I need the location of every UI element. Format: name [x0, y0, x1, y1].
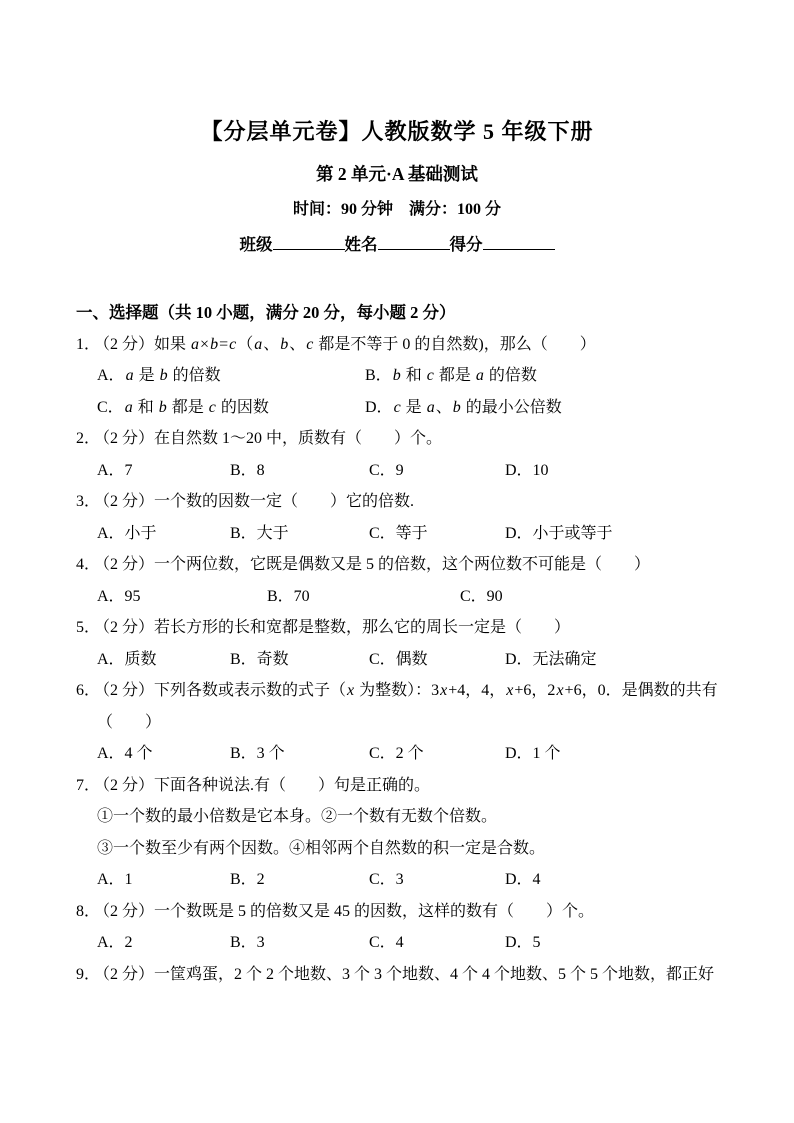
question-7-stem-cont: ③一个数至少有两个因数。④相邻两个自然数的积一定是合数。	[76, 833, 778, 865]
answer-option: A．a 是 b 的倍数	[97, 360, 365, 392]
questions-section: 一、选择题（共 10 小题，满分 20 分，每小题 2 分） 1．（2 分）如果…	[76, 297, 778, 990]
answer-option: B．3 个	[230, 738, 369, 770]
answer-option: B．8	[230, 455, 369, 487]
answer-option: A．2	[97, 927, 230, 959]
section-heading: 一、选择题（共 10 小题，满分 20 分，每小题 2 分）	[76, 297, 778, 329]
question-number: 5．	[76, 619, 102, 636]
answer-option: D．1 个	[505, 738, 561, 770]
question-list: 1．（2 分）如果 a×b=c（a、b、c 都是不等于 0 的自然数)，那么（ …	[76, 329, 778, 991]
answer-option: A．质数	[97, 644, 230, 676]
page-title: 【分层单元卷】人教版数学 5 年级下册	[0, 0, 794, 145]
math-variable: b	[279, 336, 289, 353]
answer-option: B．70	[267, 581, 460, 613]
answer-option: B．b 和 c 都是 a 的倍数	[365, 360, 537, 392]
question-number: 4．	[76, 556, 102, 573]
math-variable: c	[228, 336, 237, 353]
question-7-options-row-1: A．1B．2C．3D．4	[76, 864, 778, 896]
question-6-stem-cont: （ ）	[76, 707, 778, 739]
question-1-options-row-1: A．a 是 b 的倍数B．b 和 c 都是 a 的倍数	[76, 360, 778, 392]
question-number: 2．	[76, 430, 102, 447]
math-variable: b	[209, 336, 219, 353]
answer-option: C．9	[369, 455, 505, 487]
question-5-options-row-1: A．质数B．奇数C．偶数D．无法确定	[76, 644, 778, 676]
question-1-options-row-2: C．a 和 b 都是 c 的因数D．c 是 a、b 的最小公倍数	[76, 392, 778, 424]
exam-info: 时间：90 分钟 满分：100 分	[0, 199, 794, 220]
answer-option: A．7	[97, 455, 230, 487]
math-variable: c	[426, 367, 435, 384]
question-number: 3．	[76, 493, 102, 510]
answer-option: D．10	[505, 455, 549, 487]
question-4-options-row-1: A．95B．70C．90	[76, 581, 778, 613]
question-2-stem: 2．（2 分）在自然数 1～20 中，质数有（ ）个。	[76, 423, 778, 455]
document-page: 【分层单元卷】人教版数学 5 年级下册 第 2 单元·A 基础测试 时间：90 …	[0, 0, 794, 1123]
student-info-line: 班级姓名得分	[0, 233, 794, 256]
question-9-stem: 9．（2 分）一筐鸡蛋，2 个 2 个地数、3 个 3 个地数、4 个 4 个地…	[76, 959, 778, 991]
math-variable: a	[124, 399, 134, 416]
answer-option: B．大于	[230, 518, 369, 550]
math-variable: c	[208, 399, 217, 416]
math-variable: x	[439, 682, 448, 699]
question-3-options-row-1: A．小于B．大于C．等于D．小于或等于	[76, 518, 778, 550]
class-label: 班级	[240, 235, 273, 254]
answer-option: C．90	[460, 581, 503, 613]
question-8-stem: 8．（2 分）一个数既是 5 的倍数又是 45 的因数，这样的数有（ ）个。	[76, 896, 778, 928]
answer-option: C．4	[369, 927, 505, 959]
math-variable: x	[555, 682, 564, 699]
answer-option: D．4	[505, 864, 541, 896]
class-blank	[273, 233, 345, 250]
answer-option: B．2	[230, 864, 369, 896]
answer-option: D．c 是 a、b 的最小公倍数	[365, 392, 562, 424]
score-label: 得分	[450, 235, 483, 254]
math-variable: b	[159, 367, 169, 384]
answer-option: A．小于	[97, 518, 230, 550]
question-7-stem-cont: ①一个数的最小倍数是它本身。②一个数有无数个倍数。	[76, 801, 778, 833]
math-variable: a	[190, 336, 200, 353]
answer-option: A．95	[97, 581, 267, 613]
answer-option: A．1	[97, 864, 230, 896]
name-label: 姓名	[345, 235, 378, 254]
question-5-stem: 5．（2 分）若长方形的长和宽都是整数，那么它的周长一定是（ ）	[76, 612, 778, 644]
answer-option: C．2 个	[369, 738, 505, 770]
question-number: 9．	[76, 966, 102, 983]
answer-option: D．无法确定	[505, 644, 597, 676]
math-variable: a	[426, 399, 436, 416]
document-header: 【分层单元卷】人教版数学 5 年级下册 第 2 单元·A 基础测试 时间：90 …	[0, 0, 794, 256]
question-number: 7．	[76, 777, 102, 794]
question-6-options-row-1: A．4 个B．3 个C．2 个D．1 个	[76, 738, 778, 770]
math-variable: x	[346, 682, 355, 699]
question-number: 6．	[76, 682, 102, 699]
answer-option: D．5	[505, 927, 541, 959]
score-blank	[483, 233, 555, 250]
question-number: 1．	[76, 336, 102, 353]
answer-option: D．小于或等于	[505, 518, 613, 550]
math-variable: c	[393, 399, 402, 416]
question-3-stem: 3．（2 分）一个数的因数一定（ ）它的倍数.	[76, 486, 778, 518]
math-variable: b	[392, 367, 402, 384]
math-variable: a	[475, 367, 485, 384]
answer-option: C．等于	[369, 518, 505, 550]
page-subtitle: 第 2 单元·A 基础测试	[0, 164, 794, 184]
question-7-stem: 7．（2 分）下面各种说法.有（ ）句是正确的。	[76, 770, 778, 802]
math-variable: b	[158, 399, 168, 416]
name-blank	[378, 233, 450, 250]
answer-option: C．3	[369, 864, 505, 896]
math-variable: a	[125, 367, 135, 384]
question-4-stem: 4．（2 分）一个两位数，它既是偶数又是 5 的倍数，这个两位数不可能是（ ）	[76, 549, 778, 581]
math-variable: a	[253, 336, 263, 353]
question-2-options-row-1: A．7B．8C．9D．10	[76, 455, 778, 487]
math-variable: b	[452, 399, 462, 416]
question-number: 8．	[76, 903, 102, 920]
question-8-options-row-1: A．2B．3C．4D．5	[76, 927, 778, 959]
question-1-stem: 1．（2 分）如果 a×b=c（a、b、c 都是不等于 0 的自然数)，那么（ …	[76, 329, 778, 361]
answer-option: A．4 个	[97, 738, 230, 770]
math-variable: c	[305, 336, 314, 353]
answer-option: B．奇数	[230, 644, 369, 676]
answer-option: C．偶数	[369, 644, 505, 676]
answer-option: C．a 和 b 都是 c 的因数	[97, 392, 365, 424]
question-6-stem: 6．（2 分）下列各数或表示数的式子（x 为整数）：3x+4，4，x+6，2x+…	[76, 675, 778, 707]
answer-option: B．3	[230, 927, 369, 959]
